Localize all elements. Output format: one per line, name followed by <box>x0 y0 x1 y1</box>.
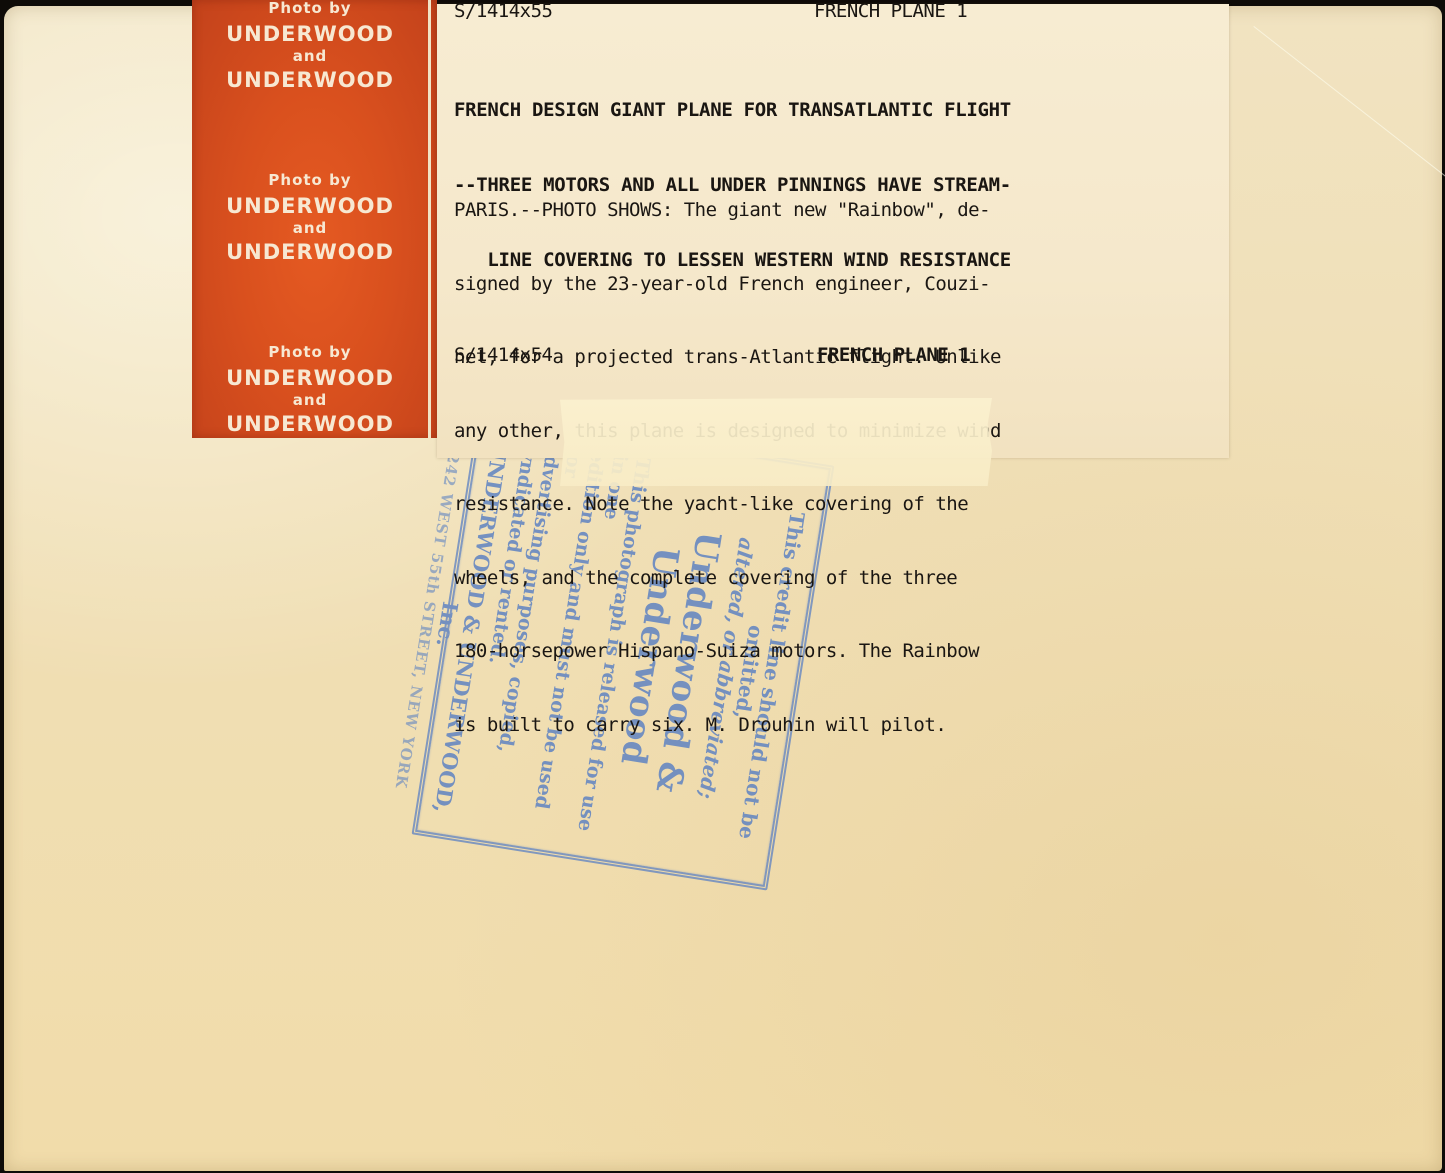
credit-name: UNDERWOOD <box>192 70 428 91</box>
credit-photo-by: Photo by <box>192 1 428 16</box>
subject-label-bottom: FRENCH PLANE 1 <box>817 344 970 366</box>
credit-label: Photo by UNDERWOOD and UNDERWOOD Photo b… <box>192 0 437 438</box>
credit-name: UNDERWOOD <box>192 414 428 435</box>
credit-name: UNDERWOOD <box>192 368 428 389</box>
scratch-mark <box>1253 26 1445 181</box>
caption-slip: S/1414x55 FRENCH PLANE 1 FRENCH DESIGN G… <box>437 4 1229 458</box>
body-line: resistance. Note the yacht-like covering… <box>454 492 1001 517</box>
credit-and: and <box>192 393 428 408</box>
credit-name: UNDERWOOD <box>192 24 428 45</box>
scan-background: Photo by UNDERWOOD and UNDERWOOD Photo b… <box>0 0 1445 1173</box>
credit-and: and <box>192 49 428 64</box>
body-line: wheels, and the complete covering of the… <box>454 566 1001 591</box>
body-line: is built to carry six. M. Drouhin will p… <box>454 713 1001 738</box>
credit-photo-by: Photo by <box>192 173 428 188</box>
credit-name: UNDERWOOD <box>192 242 428 263</box>
headline-line: FRENCH DESIGN GIANT PLANE FOR TRANSATLAN… <box>454 98 1011 123</box>
body-line: signed by the 23-year-old French enginee… <box>454 272 1001 297</box>
body-line: 180-horsepower Hispano-Suiza motors. The… <box>454 639 1001 664</box>
reference-number-bottom: S/1414x54 <box>454 344 552 366</box>
credit-name: UNDERWOOD <box>192 196 428 217</box>
credit-block: Photo by UNDERWOOD and UNDERWOOD <box>192 173 428 267</box>
credit-and: and <box>192 221 428 236</box>
credit-block: Photo by UNDERWOOD and UNDERWOOD <box>192 1 428 95</box>
subject-label-top: FRENCH PLANE 1 <box>814 0 967 22</box>
torn-tape <box>560 398 992 486</box>
credit-photo-by: Photo by <box>192 345 428 360</box>
reference-number-top: S/1414x55 <box>454 0 552 22</box>
credit-block: Photo by UNDERWOOD and UNDERWOOD <box>192 345 428 438</box>
body-line: PARIS.--PHOTO SHOWS: The giant new "Rain… <box>454 198 1001 223</box>
